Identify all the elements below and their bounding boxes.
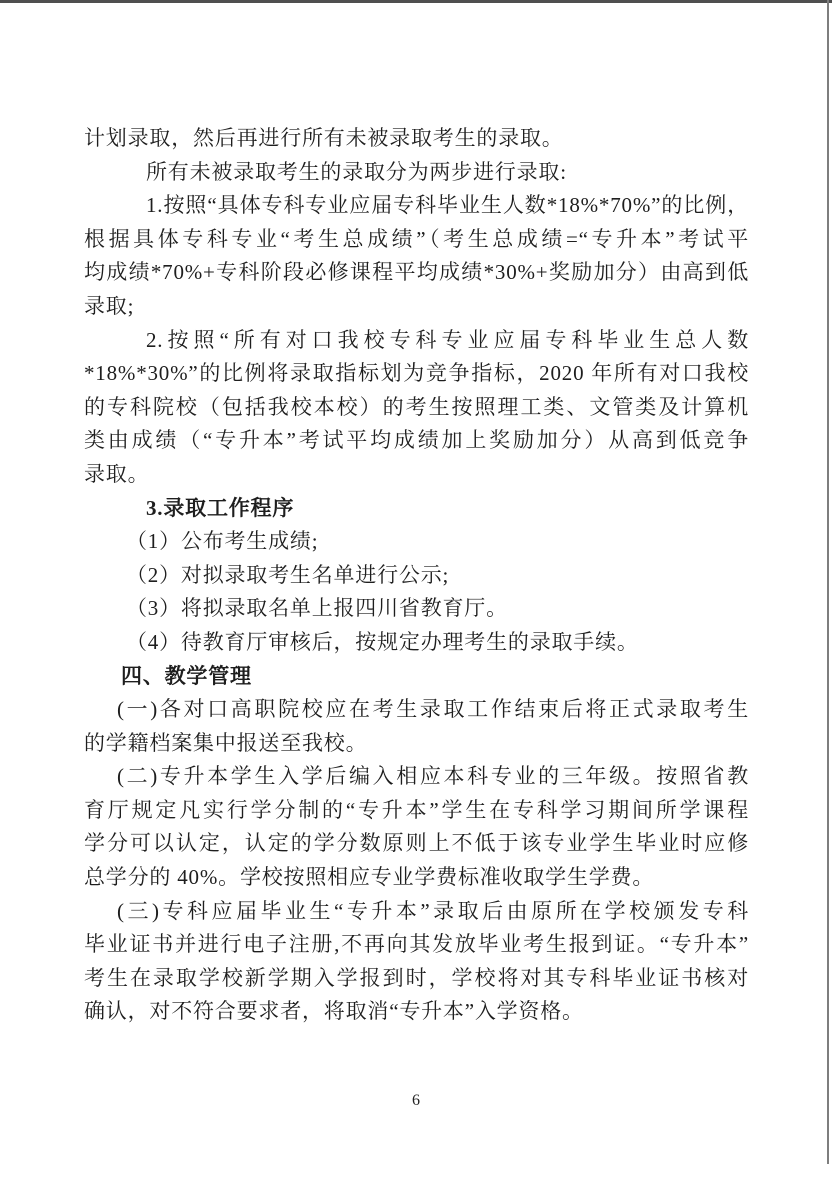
text-line: 总学分的 40%。学校按照相应专业学费标准收取学生学费。 — [84, 861, 749, 895]
text-line: (一)各对口高职院校应在考生录取工作结束后将正式录取考生 — [84, 693, 749, 727]
text-line: 学分可以认定，认定的学分数原则上不低于该专业学生毕业时应修 — [84, 827, 749, 861]
page-top-border — [0, 0, 832, 3]
section-heading: 3.录取工作程序 — [84, 492, 749, 526]
text-line: 录取。 — [84, 458, 749, 492]
text-line: 毕业证书并进行电子注册,不再向其发放毕业考生报到证。“专升本” — [84, 928, 749, 962]
text-line: 均成绩*70%+专科阶段必修课程平均成绩*30%+奖励加分）由高到低 — [84, 256, 749, 290]
text-line: （3）将拟录取名单上报四川省教育厅。 — [84, 592, 749, 626]
text-line: 根据具体专科专业“考生总成绩”（考生总成绩=“专升本”考试平 — [84, 223, 749, 257]
text-line: 录取; — [84, 290, 749, 324]
text-line: 计划录取，然后再进行所有未被录取考生的录取。 — [84, 122, 749, 156]
section-heading: 四、教学管理 — [84, 660, 749, 694]
page-right-border — [827, 0, 829, 1164]
text-line: （1）公布考生成绩; — [84, 525, 749, 559]
text-line: （4）待教育厅审核后，按规定办理考生的录取手续。 — [84, 626, 749, 660]
text-line: (二)专升本学生入学后编入相应本科专业的三年级。按照省教 — [84, 760, 749, 794]
document-page: 计划录取，然后再进行所有未被录取考生的录取。所有未被录取考生的录取分为两步进行录… — [0, 0, 832, 1178]
text-line: *18%*30%”的比例将录取指标划为竞争指标，2020 年所有对口我校 — [84, 357, 749, 391]
text-line: 的学籍档案集中报送至我校。 — [84, 727, 749, 761]
text-line: 2.按照“所有对口我校专科专业应届专科毕业生总人数 — [84, 324, 749, 358]
document-body: 计划录取，然后再进行所有未被录取考生的录取。所有未被录取考生的录取分为两步进行录… — [84, 122, 749, 1029]
text-line: 1.按照“具体专科专业应届专科毕业生人数*18%*70%”的比例， — [84, 189, 749, 223]
text-line: 的专科院校（包括我校本校）的考生按照理工类、文管类及计算机 — [84, 391, 749, 425]
text-line: (三)专科应届毕业生“专升本”录取后由原所在学校颁发专科 — [84, 895, 749, 929]
text-line: （2）对拟录取考生名单进行公示; — [84, 559, 749, 593]
text-line: 考生在录取学校新学期入学报到时，学校将对其专科毕业证书核对 — [84, 962, 749, 996]
text-line: 类由成绩（“专升本”考试平均成绩加上奖励加分）从高到低竞争 — [84, 424, 749, 458]
text-line: 所有未被录取考生的录取分为两步进行录取: — [84, 156, 749, 190]
text-line: 确认，对不符合要求者，将取消“专升本”入学资格。 — [84, 995, 749, 1029]
text-line: 育厅规定凡实行学分制的“专升本”学生在专科学习期间所学课程 — [84, 794, 749, 828]
page-number: 6 — [0, 1091, 832, 1110]
